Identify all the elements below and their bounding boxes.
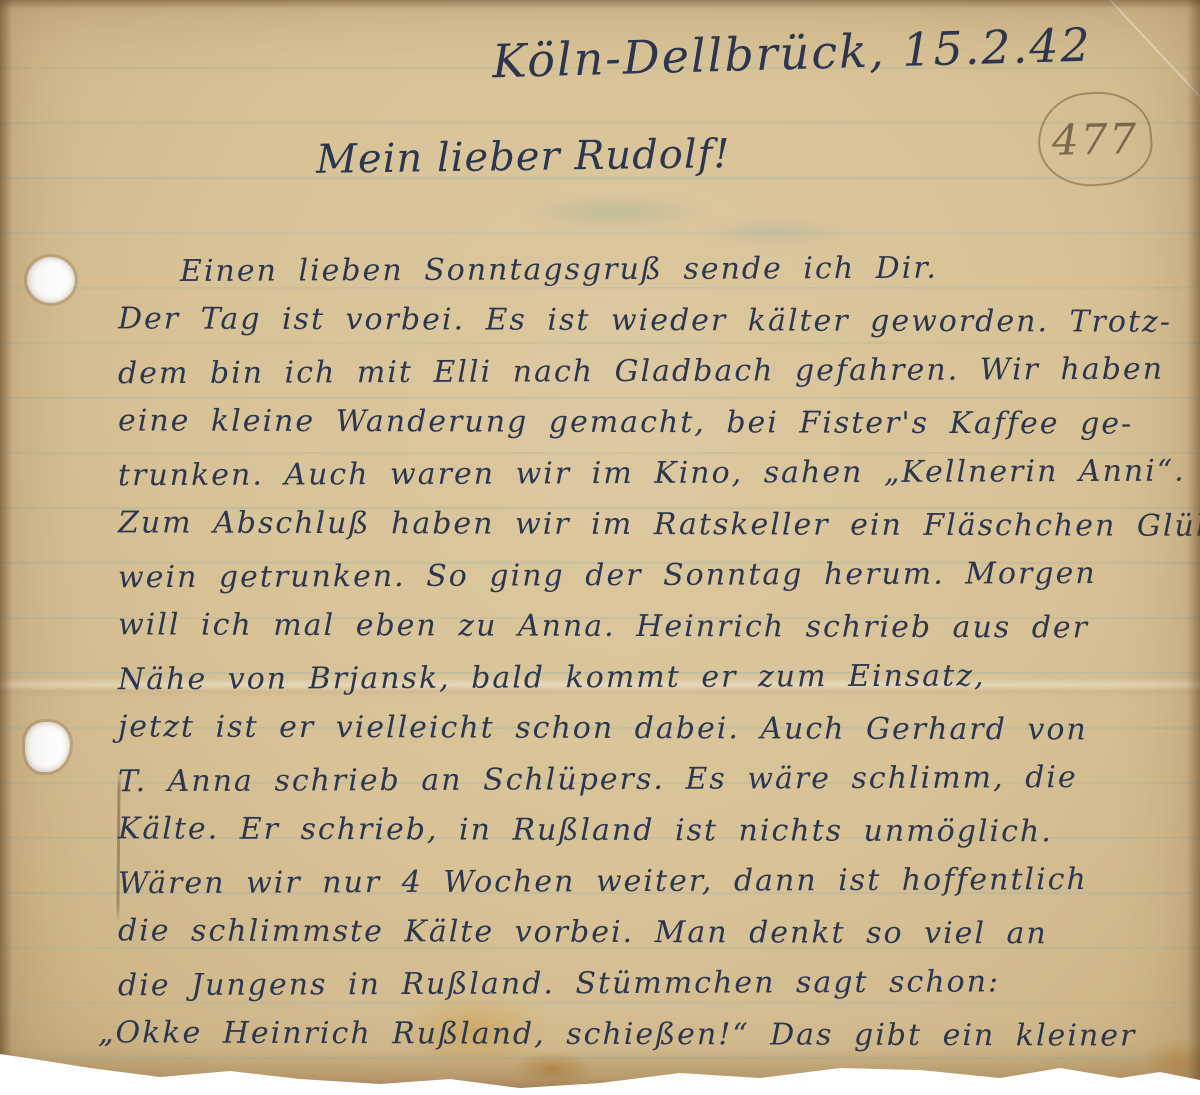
letter-line: wein getrunken. So ging der Sonntag heru… — [118, 548, 1148, 603]
punch-hole-top — [27, 257, 75, 303]
letter-line: T. Anna schrieb an Schlüpers. Es wäre sc… — [118, 752, 1148, 807]
paper-edge-left — [0, 0, 12, 1095]
ink-showthrough-smudge — [700, 218, 850, 246]
letter-line: Zum Abschluß haben wir im Ratskeller ein… — [118, 497, 1148, 551]
letter-line: jetzt ist er vielleicht schon dabei. Auc… — [118, 701, 1148, 755]
letter-line: Einen lieben Sonntagsgruß sende ich Dir. — [118, 242, 1148, 297]
ink-showthrough-smudge — [520, 195, 710, 229]
letter-line: Wären wir nur 4 Wochen weiter, dann ist … — [118, 854, 1148, 909]
letter-line: Kälte. Er schrieb, in Rußland ist nichts… — [118, 803, 1148, 857]
torn-edge-shading — [0, 1047, 1200, 1095]
letter-line: eine kleine Wanderung gemacht, bei Fiste… — [118, 395, 1148, 449]
scanned-letter: 477 Köln-Dellbrück, 15.2.42 Mein lieber … — [0, 0, 1200, 1095]
letter-line: die Jungens in Rußland. Stümmchen sagt s… — [118, 956, 1148, 1011]
letter-line: will ich mal eben zu Anna. Heinrich schr… — [118, 599, 1148, 653]
letter-body: Einen lieben Sonntagsgruß sende ich Dir.… — [118, 244, 1148, 1060]
paper-edge-top — [0, 0, 1200, 9]
letter-line: trunken. Auch waren wir im Kino, sahen „… — [118, 446, 1148, 501]
letter-line: die schlimmste Kälte vorbei. Man denkt s… — [118, 905, 1148, 959]
paper-edge-right — [1187, 0, 1200, 1095]
letter-paper: 477 Köln-Dellbrück, 15.2.42 Mein lieber … — [0, 0, 1200, 1095]
letter-line: dem bin ich mit Elli nach Gladbach gefah… — [118, 344, 1148, 399]
letter-line: Nähe von Brjansk, bald kommt er zum Eins… — [118, 650, 1148, 705]
letter-line: Der Tag ist vorbei. Es ist wieder kälter… — [118, 293, 1148, 347]
archive-number: 477 — [1051, 114, 1138, 164]
salutation: Mein lieber Rudolf! — [316, 131, 731, 183]
